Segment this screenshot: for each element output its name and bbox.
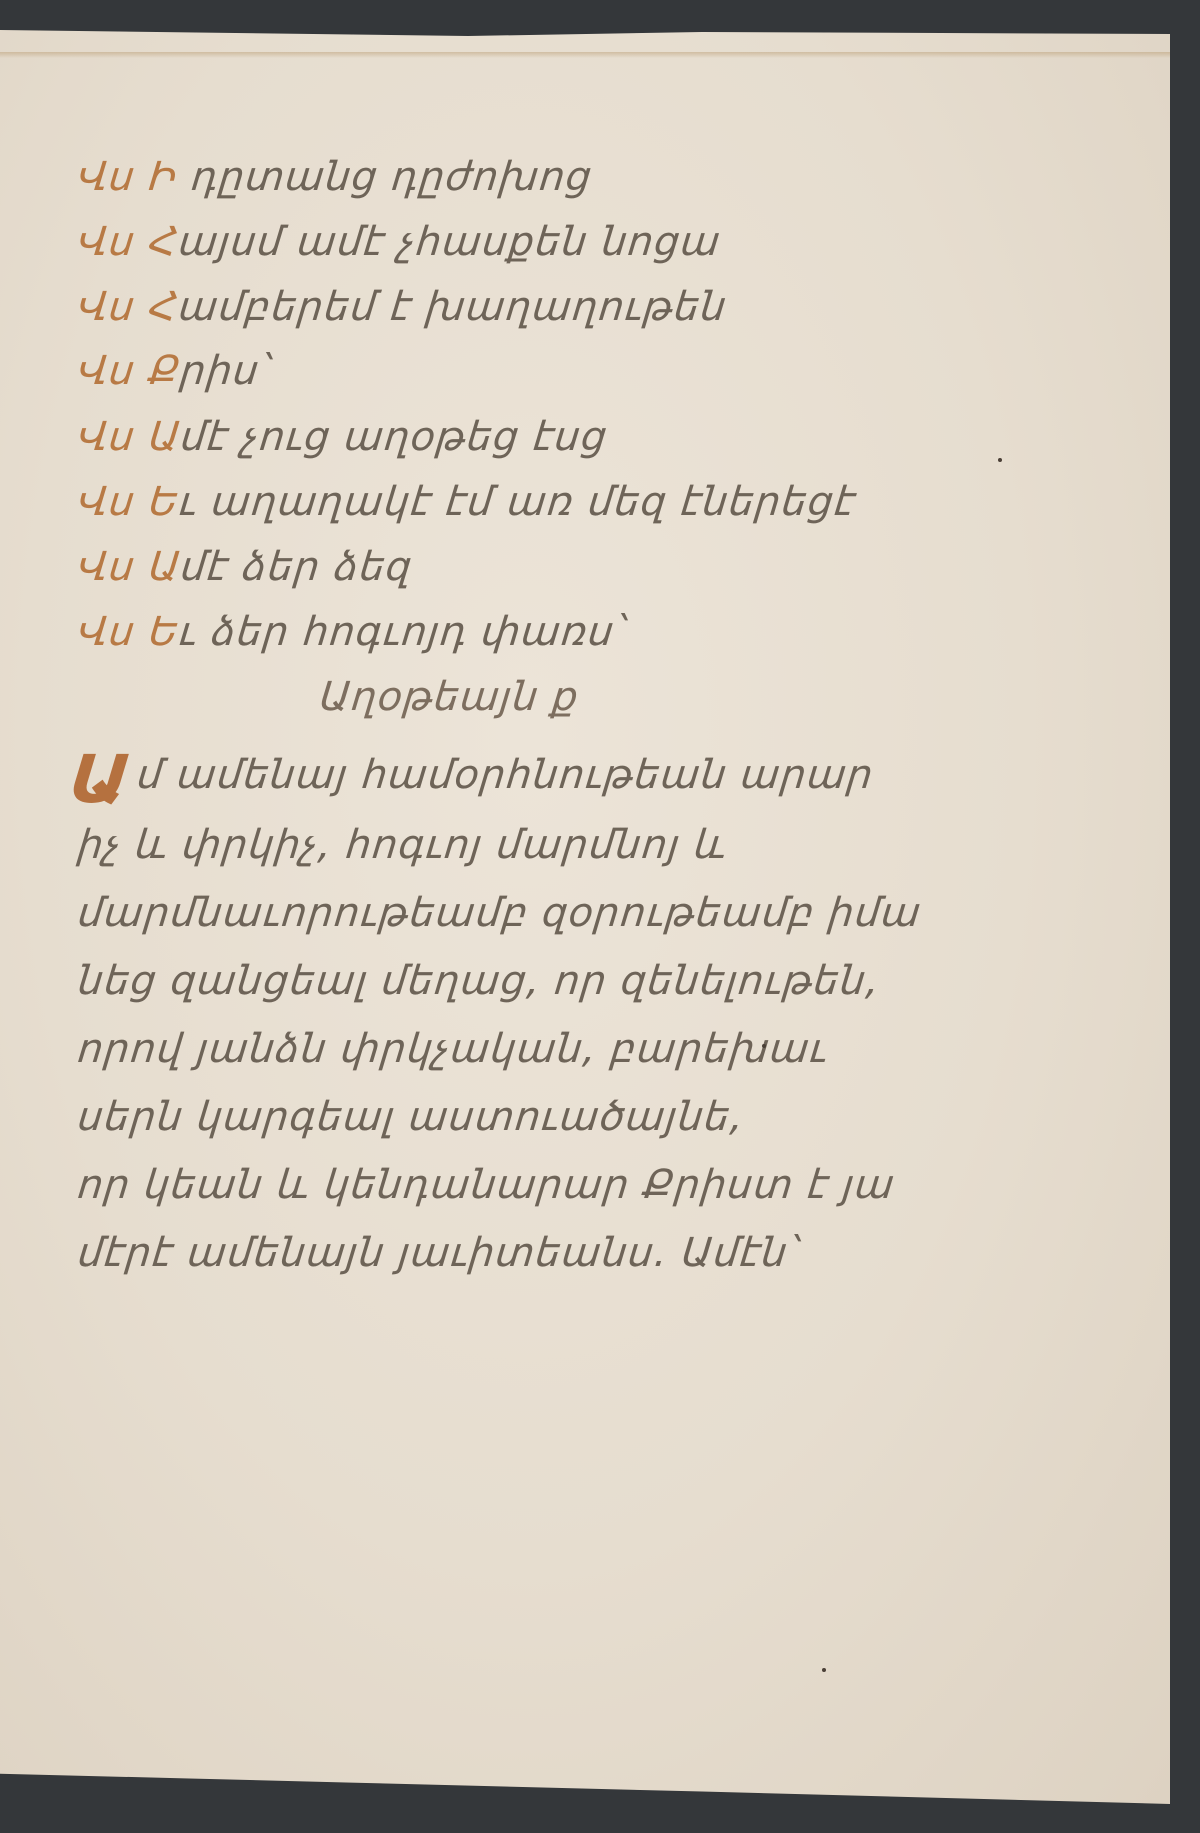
- verse-line-4: Վս Քրիս՝: [76, 348, 273, 394]
- prayer-line-3: մարմնաւորութեամբ զօրութեամբ իմա: [76, 890, 924, 936]
- verse-line-6: Վս Եւ աղաղակէ էմ առ մեզ էներեցէ: [76, 479, 859, 525]
- manuscript-page: Վս Ի դըտանց դըժոխոց Վս Հայսմ ամէ չհասքեն…: [0, 22, 1170, 1804]
- prayer-line-4: նեց զանցեալ մեղաց, որ զենելութեն,: [76, 958, 883, 1004]
- ink-speck: [998, 458, 1002, 462]
- illuminated-initial: Ա: [67, 747, 135, 813]
- prayer-line-7: որ կեան և կենդանարար Քրիստ է յա: [76, 1162, 898, 1208]
- verse-line-8: Վս Եւ ձեր հոգւոյդ փառս՝: [76, 609, 628, 655]
- prayer-line-5: որով յանձն փրկչական, բարեխաւ: [76, 1026, 831, 1072]
- page-edge: [0, 52, 1170, 58]
- prayer-line-8: մէրէ ամենայն յաւիտեանս. Ամէն՝: [76, 1230, 801, 1276]
- verse-line-3: Վս Համբերեմ է խաղաղութեն: [76, 284, 730, 330]
- prayer-line-6: սերն կարգեալ աստուածայնե,: [76, 1094, 747, 1140]
- verse-line-2: Վս Հայսմ ամէ չհասքեն նոցա: [76, 219, 724, 265]
- section-heading: Աղօթեայն ք: [318, 674, 582, 720]
- verse-line-7: Վս Ամէ ձեր ձեզ: [76, 544, 415, 590]
- ink-speck: [822, 1668, 826, 1672]
- prayer-line-1: Ամ ամենայ համօրհնութեան արար: [67, 747, 877, 813]
- verse-line-1: Վս Ի դըտանց դըժոխոց: [76, 154, 595, 200]
- prayer-line-2: իչ և փրկիչ, հոգւոյ մարմնոյ և: [76, 822, 730, 868]
- ink-speck: [762, 1044, 766, 1048]
- verse-line-5: Վս Ամէ չուց աղօթեց էսց: [76, 414, 611, 460]
